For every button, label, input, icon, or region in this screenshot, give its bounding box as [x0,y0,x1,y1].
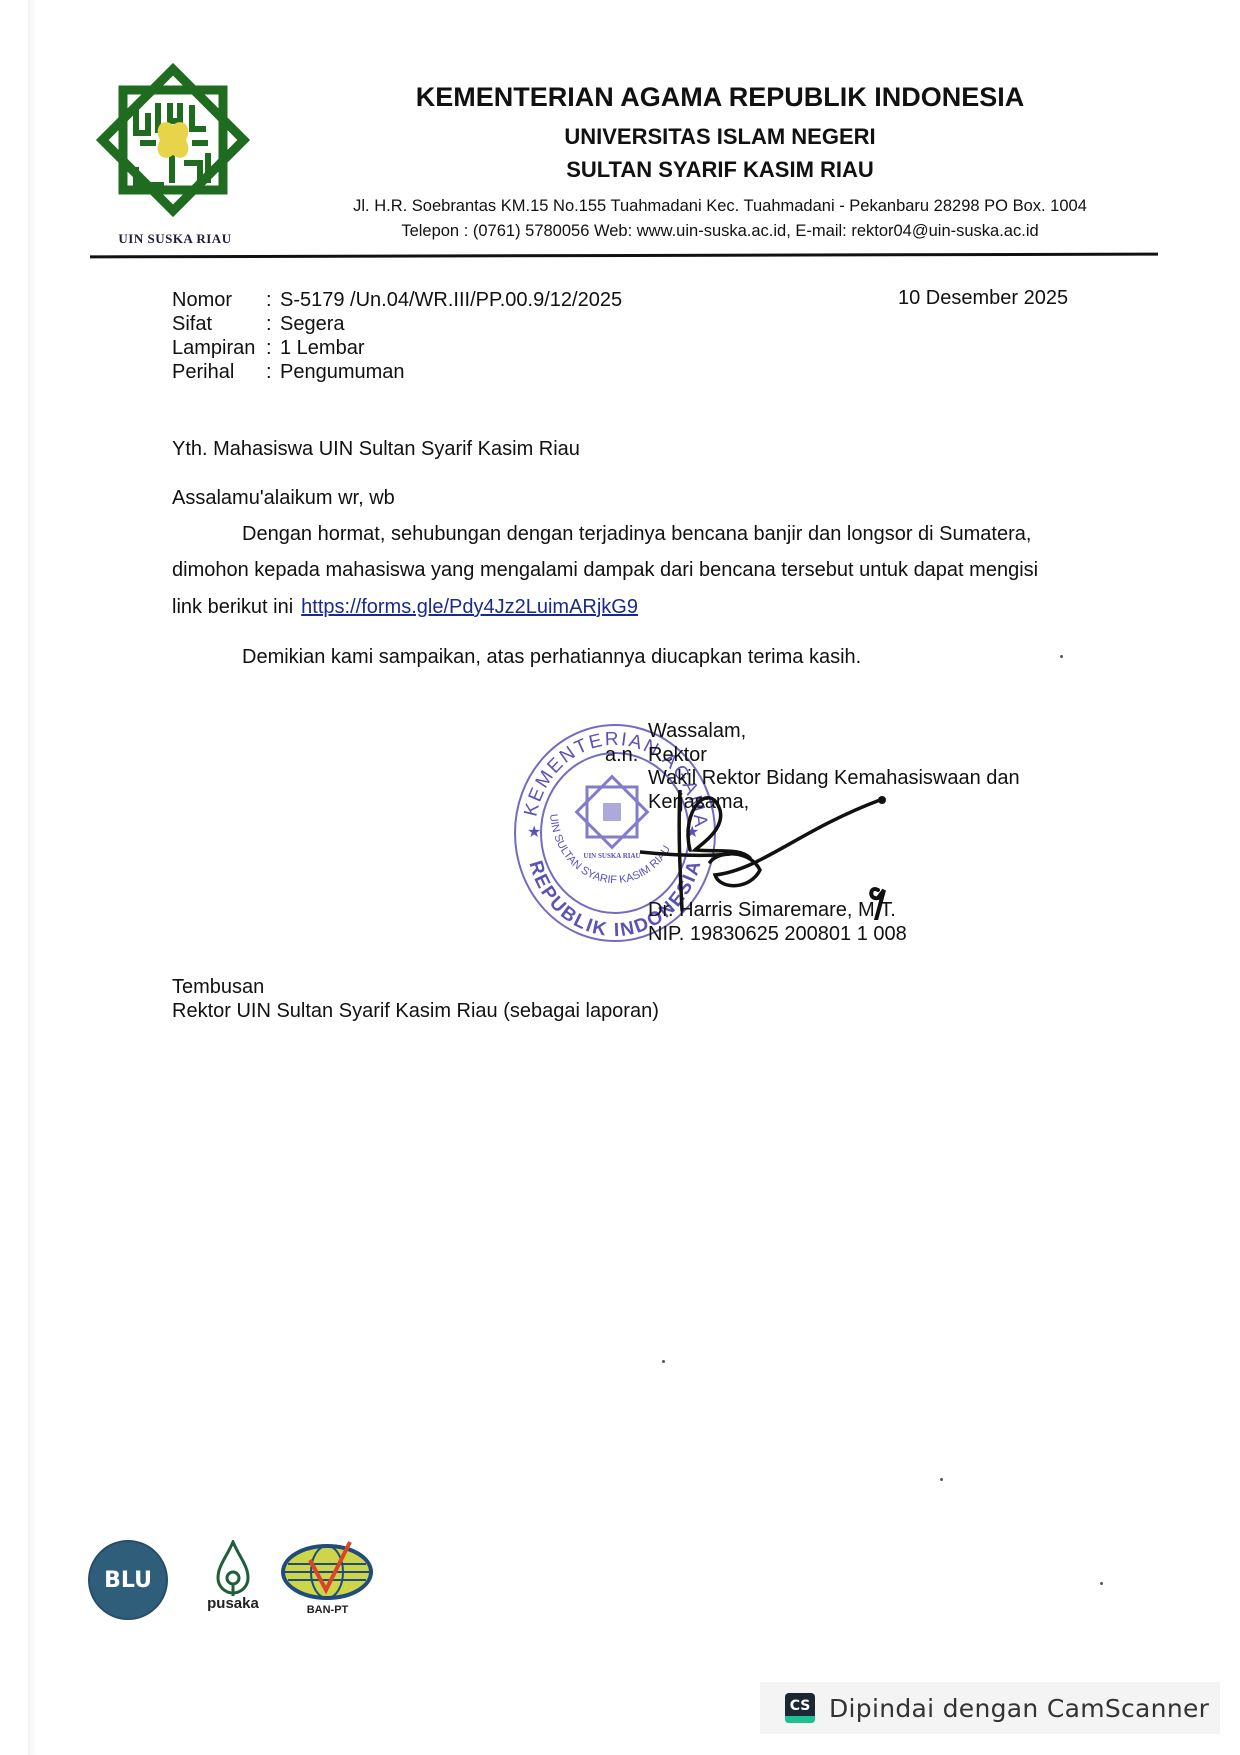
meta-row-nomor: Nomor : S-5179 /Un.04/WR.III/PP.00.9/12/… [172,288,622,312]
address-line: Jl. H.R. Soebrantas KM.15 No.155 Tuahmad… [300,197,1140,216]
meta-label: Sifat [172,312,266,336]
meta-label: Perihal [172,360,266,384]
meta-label: Nomor [172,288,266,312]
meta-row-lampiran: Lampiran : 1 Lembar [172,336,622,360]
cc-item: Rektor UIN Sultan Syarif Kasim Riau (seb… [172,999,659,1023]
scan-speck [662,1360,665,1363]
scan-speck [1100,1582,1103,1585]
scan-speck [940,1478,943,1481]
blu-logo-label: BLU [104,1568,152,1593]
contact-line: Telepon : (0761) 5780056 Web: www.uin-su… [300,222,1140,241]
uin-suska-logo [88,55,258,230]
form-link[interactable]: https://forms.gle/Pdy4Jz2LuimARjkG9 [301,596,638,618]
camscanner-badge: CS Dipindai dengan CamScanner [760,1682,1220,1734]
camscanner-icon-text: CS [790,1698,811,1714]
signer-name: Dr. Harris Simaremare, M.T. [648,898,907,922]
meta-value: Pengumuman [280,360,405,384]
body-line-2: dimohon kepada mahasiswa yang mengalami … [172,559,1038,582]
on-behalf-of: Rektor [648,744,1020,768]
ministry-title: KEMENTERIAN AGAMA REPUBLIK INDONESIA [320,82,1120,113]
greeting: Assalamu'alaikum wr, wb [172,487,395,510]
signer: Dr. Harris Simaremare, M.T. NIP. 1983062… [648,898,907,946]
salutation: Wassalam, [648,720,1020,744]
meta-value: 1 Lembar [280,336,365,360]
body-line-3: link berikut inihttps://forms.gle/Pdy4Jz… [172,596,638,619]
meta-row-sifat: Sifat : Segera [172,312,622,336]
cc-heading: Tembusan [172,975,659,999]
camscanner-text: Dipindai dengan CamScanner [829,1694,1209,1723]
ban-pt-label: BAN-PT [300,1604,355,1616]
signer-nip: NIP. 19830625 200801 1 008 [648,922,907,946]
meta-separator: : [266,360,280,384]
university-title: UNIVERSITAS ISLAM NEGERI [320,124,1120,150]
logo-caption: UIN SUSKA RIAU [80,231,270,247]
body-line-1: Dengan hormat, sehubungan dengan terjadi… [242,523,1031,546]
meta-row-perihal: Perihal : Pengumuman [172,360,622,384]
meta-label: Lampiran [172,336,266,360]
blu-logo: BLU [88,1540,168,1620]
ban-pt-logo [280,1540,375,1612]
letter-meta: Nomor : S-5179 /Un.04/WR.III/PP.00.9/12/… [172,288,622,384]
on-behalf-abbr: a.n. [605,744,638,767]
recipient: Yth. Mahasiswa UIN Sultan Syarif Kasim R… [172,438,580,461]
svg-text:UIN SUSKA RIAU: UIN SUSKA RIAU [583,852,640,860]
carbon-copy: Tembusan Rektor UIN Sultan Syarif Kasim … [172,975,659,1023]
pusaka-label: pusaka [195,1595,271,1612]
svg-text:★: ★ [527,824,541,841]
meta-separator: : [266,336,280,360]
meta-value: Segera [280,312,345,336]
position-line-1: Wakil Rektor Bidang Kemahasiswaan dan [648,767,1020,791]
link-prefix: link berikut ini [172,596,293,618]
letter-date: 10 Desember 2025 [898,287,1068,310]
meta-value: S-5179 /Un.04/WR.III/PP.00.9/12/2025 [280,288,622,312]
letterhead-divider [90,253,1158,259]
meta-separator: : [266,312,280,336]
scan-speck [1060,655,1063,658]
closing-line: Demikian kami sampaikan, atas perhatiann… [242,646,861,669]
university-name: SULTAN SYARIF KASIM RIAU [320,157,1120,183]
camscanner-icon: CS [785,1693,815,1723]
scan-page-edge [28,0,36,1755]
meta-separator: : [266,288,280,312]
